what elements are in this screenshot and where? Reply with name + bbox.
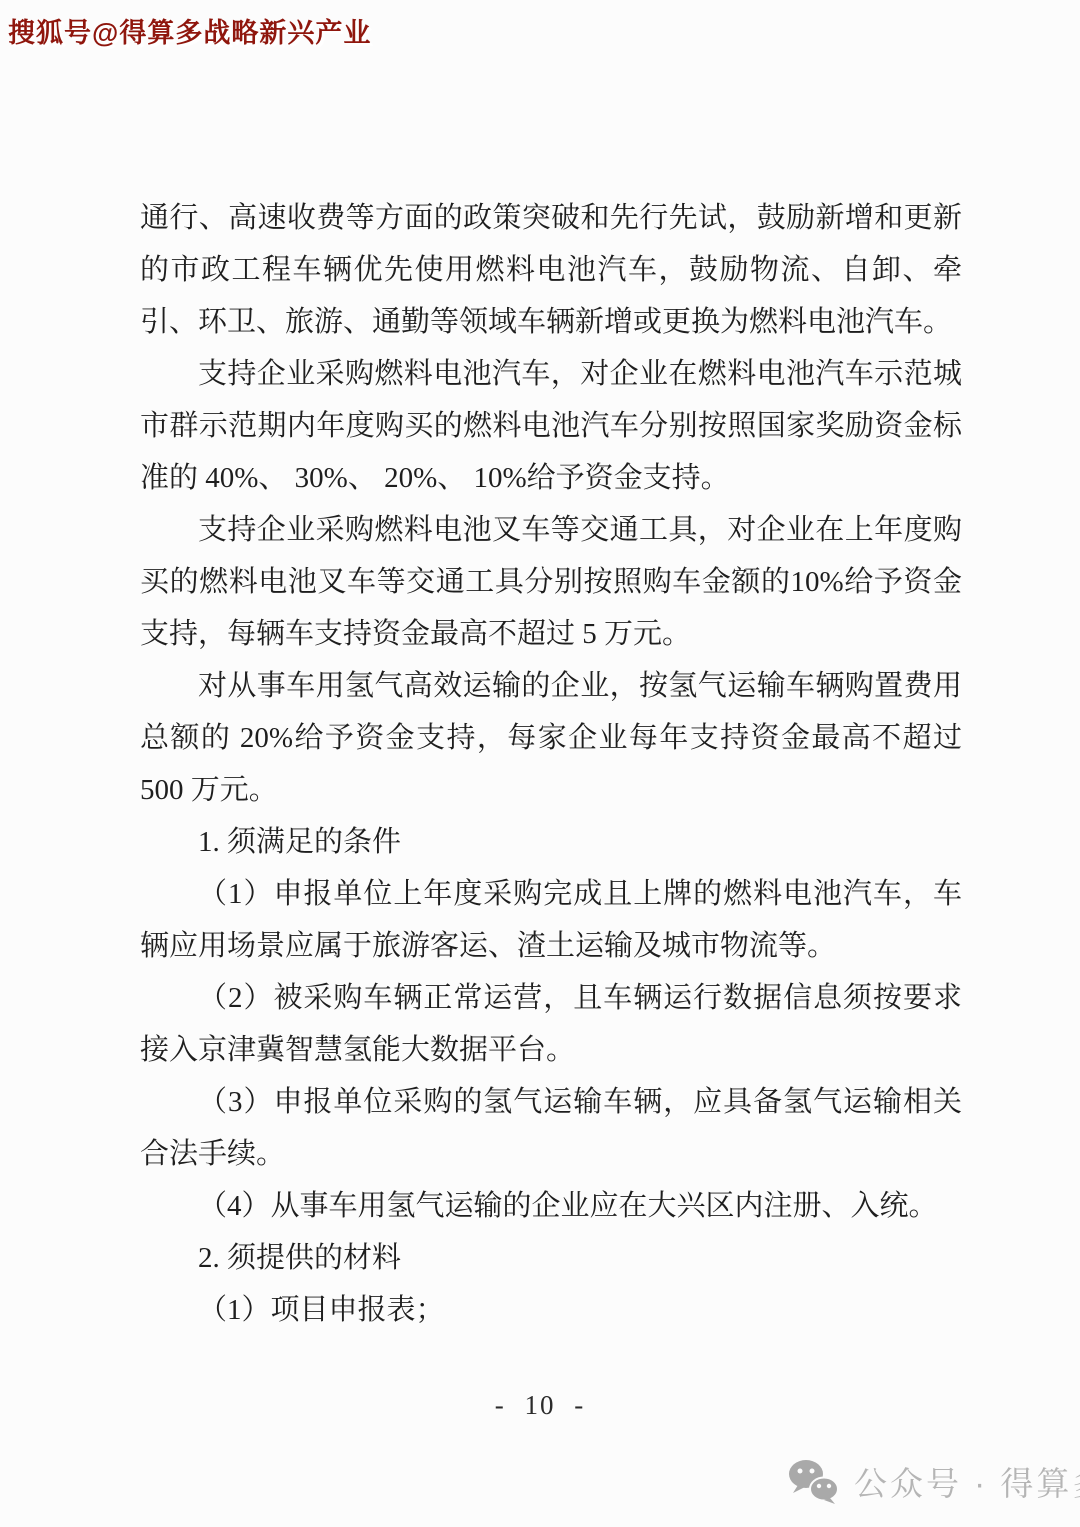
paragraph: 1. 须满足的条件 [140, 816, 962, 868]
paragraph: （4）从事车用氢气运输的企业应在大兴区内注册、入统。 [140, 1180, 962, 1232]
paragraph: 支持企业采购燃料电池汽车，对企业在燃料电池汽车示范城市群示范期内年度购买的燃料电… [140, 348, 962, 504]
paragraph: （3）申报单位采购的氢气运输车辆，应具备氢气运输相关合法手续。 [140, 1076, 962, 1180]
paragraph: （2）被采购车辆正常运营，且车辆运行数据信息须按要求接入京津冀智慧氢能大数据平台… [140, 972, 962, 1076]
paragraph: 通行、高速收费等方面的政策突破和先行先试，鼓励新增和更新的市政工程车辆优先使用燃… [140, 192, 962, 348]
footer-branding: 公众号 · 得算多 [788, 1458, 1080, 1505]
wechat-icon [788, 1459, 840, 1505]
paragraph: 2. 须提供的材料 [140, 1232, 962, 1284]
page-number: - 10 - [0, 1390, 1080, 1421]
document-body: 通行、高速收费等方面的政策突破和先行先试，鼓励新增和更新的市政工程车辆优先使用燃… [140, 192, 962, 1336]
sohu-watermark: 搜狐号@得算多战略新兴产业 [8, 11, 371, 50]
paragraph: （1）项目申报表； [140, 1284, 962, 1336]
footer-label: 公众号 · 得算多 [854, 1458, 1080, 1505]
paragraph: 对从事车用氢气高效运输的企业，按氢气运输车辆购置费用总额的 20%给予资金支持，… [140, 660, 962, 816]
paragraph: （1）申报单位上年度采购完成且上牌的燃料电池汽车，车辆应用场景应属于旅游客运、渣… [140, 868, 962, 972]
paragraph: 支持企业采购燃料电池叉车等交通工具，对企业在上年度购买的燃料电池叉车等交通工具分… [140, 504, 962, 660]
